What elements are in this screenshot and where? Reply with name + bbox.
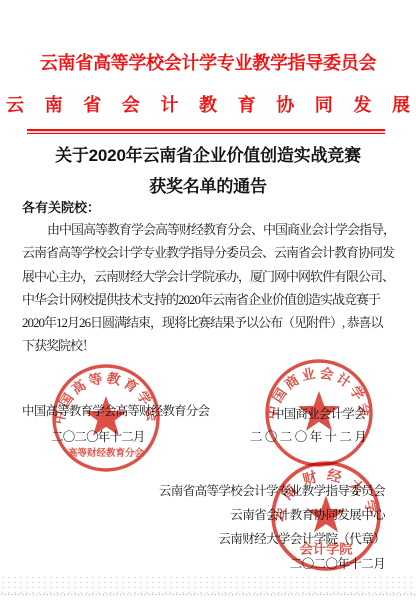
seal-star-icon [307,496,346,533]
official-seal-bottom-icon: 云南财经大学 会计学院 [269,459,383,573]
letterhead-line-2: 云 南 省 会 计 教 育 协 同 发 展 中 心 [0,91,416,117]
document-title-line-1: 关于2020年云南省企业价值创造实战竞赛 [0,141,416,166]
official-seal-left-icon: 中国高等教育学会 高等财经教育分会 [50,362,162,474]
salutation: 各有关院校： [22,197,100,216]
body-line: 下获奖院校！ [22,334,398,357]
seal-star-icon [298,391,340,431]
seal-bottom-text: 会计学院 [300,541,354,557]
body-line: 展中心主办，云南财经大学会计学院承办，厦门网中网软件有限公司、 [22,265,398,288]
body-line: 云南省高等学校会计学专业教学指导分委员会、云南省会计教育协同发 [22,241,398,264]
official-seal-right-icon: 中国商业会计学会 [263,357,375,469]
body-line: 2020年12月26日圆满结束，现将比赛结果予以公布（见附件）, 恭喜以 [22,311,398,334]
seal-bottom-text: 高等财经教育分会 [68,447,145,459]
body-paragraph: 由中国高等教育学会高等财经教育分会、中国商业会计学会指导， 云南省高等学校会计学… [22,218,398,358]
scan-noise-line [0,593,416,596]
seal-star-icon [85,396,127,436]
body-line: 中华会计网校提供技术支持的2020年云南省企业价值创造实战竞赛于 [22,288,398,311]
notice-document-page: 云南省高等学校会计学专业教学指导委员会 云 南 省 会 计 教 育 协 同 发 … [0,0,416,600]
letterhead-divider-rule [27,129,385,134]
document-title-line-2: 获奖名单的通告 [0,172,416,197]
letterhead-line-1: 云南省高等学校会计学专业教学指导委员会 [0,49,416,75]
body-line: 由中国高等教育学会高等财经教育分会、中国商业会计学会指导， [22,218,398,241]
